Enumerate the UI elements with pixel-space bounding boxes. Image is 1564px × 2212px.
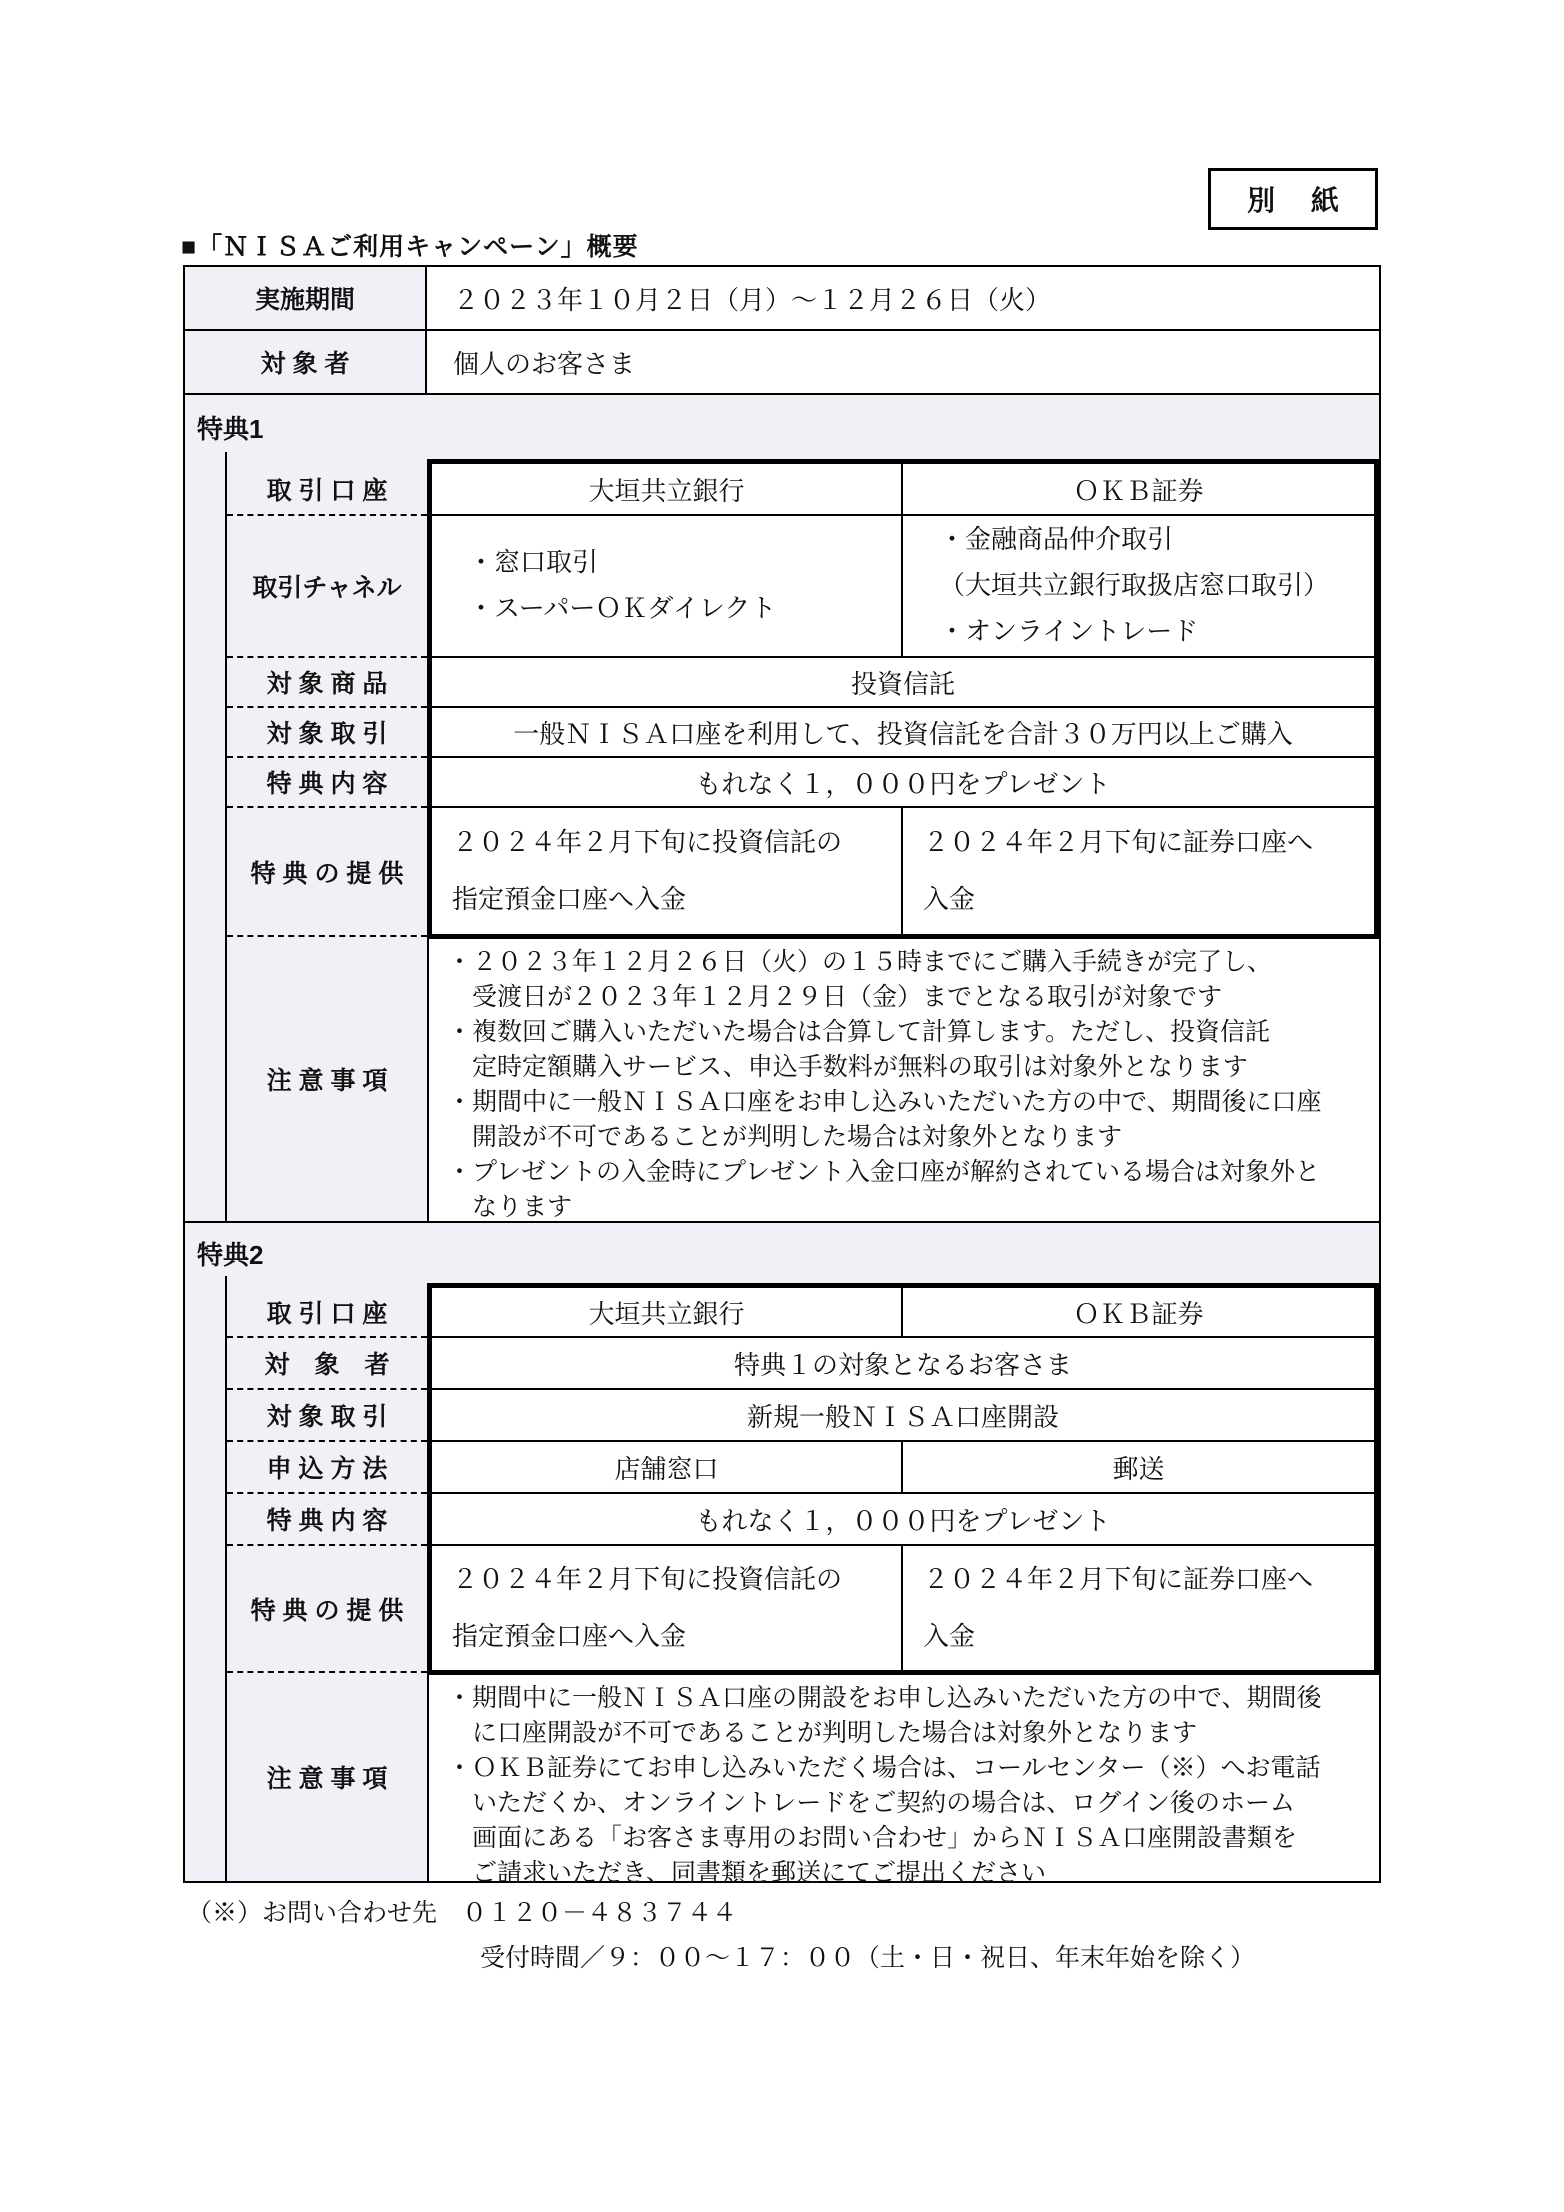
benefit2-method-mail: 郵送: [903, 1442, 1374, 1492]
row-period: 実施期間 ２０２３年１０月２日（月）～１２月２６日（火）: [185, 267, 1379, 331]
benefit1-content-label: 特 典 内 容: [227, 758, 427, 808]
benefit1-label-column: 取 引 口 座 取引チャネル 対 象 商 品 対 象 取 引 特 典 内 容 特…: [185, 459, 427, 1221]
benefit2-notes-cell: ・期間中に一般ＮＩＳＡ口座の開設をお申し込みいただいた方の中で、期間後 に口座開…: [427, 1675, 1379, 1881]
benefit1-inner-table: 大垣共立銀行 ＯＫＢ証券 ・窓口取引 ・スーパーＯＫダイレクト ・金融商品仲介取…: [427, 459, 1379, 939]
benefit2-target-row: 特典１の対象となるお客さま: [432, 1338, 1374, 1390]
benefit2-target-value: 特典１の対象となるお客さま: [432, 1338, 1374, 1388]
benefit2-account-bank: 大垣共立銀行: [432, 1288, 903, 1336]
period-label: 実施期間: [185, 267, 427, 329]
benefit1-channel-securities: ・金融商品仲介取引 （大垣共立銀行取扱店窓口取引） ・オンライントレード: [903, 516, 1374, 656]
benefit2-delivery-label: 特 典 の 提 供: [227, 1546, 427, 1673]
benefit2-note-item: ・ＯＫＢ証券にてお申し込みいただく場合は、コールセンター（※）へお電話 いただく…: [447, 1751, 1363, 1891]
doc-title: ■「ＮＩＳＡご利用キャンペーン」概要: [181, 227, 639, 263]
attachment-tag-box: 別 紙: [1208, 168, 1378, 230]
target-label: 対 象 者: [185, 331, 427, 393]
benefit1-heading: 特典1: [185, 395, 1379, 459]
benefit1-channel-label: 取引チャネル: [227, 516, 427, 658]
benefit1-product-row: 投資信託: [432, 658, 1374, 708]
footnote-contact: （※）お問い合わせ先 ０１２０－４８３７４４: [187, 1893, 737, 1929]
benefit2-content-label: 特 典 内 容: [227, 1494, 427, 1546]
footnote-hours: 受付時間／９：００～１７：００（土・日・祝日、年末年始を除く）: [480, 1938, 1255, 1974]
benefit2-method-branch: 店舗窓口: [432, 1442, 903, 1492]
benefit1-note-item: ・プレゼントの入金時にプレゼント入金口座が解約されている場合は対象外と なります: [447, 1155, 1363, 1225]
target-value: 個人のお客さま: [427, 331, 1379, 393]
benefit1-notes-cell: ・２０２３年１２月２６日（火）の１５時までにご購入手続きが完了し、 受渡日が２０…: [427, 939, 1379, 1221]
document-page: 別 紙 ■「ＮＩＳＡご利用キャンペーン」概要 実施期間 ２０２３年１０月２日（月…: [0, 0, 1564, 2212]
benefit1-account-securities: ＯＫＢ証券: [903, 464, 1374, 514]
benefit2-inner-table: 大垣共立銀行 ＯＫＢ証券 特典１の対象となるお客さま 新規一般ＮＩＳＡ口座開設 …: [427, 1283, 1379, 1675]
benefit1-note-item: ・複数回ご購入いただいた場合は合算して計算します。ただし、投資信託 定時定額購入…: [447, 1015, 1363, 1085]
benefit1-delivery-securities: ２０２４年２月下旬に証券口座へ 入金: [903, 808, 1374, 934]
attachment-tag-label: 別 紙: [1233, 179, 1353, 219]
benefit1-section: 特典1 取 引 口 座 取引チャネル 対 象 商 品 対 象 取 引 特 典 内…: [185, 395, 1379, 1223]
benefit1-delivery-label: 特 典 の 提 供: [227, 808, 427, 937]
benefit2-value-column: 大垣共立銀行 ＯＫＢ証券 特典１の対象となるお客さま 新規一般ＮＩＳＡ口座開設 …: [427, 1283, 1379, 1881]
benefit2-delivery-securities: ２０２４年２月下旬に証券口座へ 入金: [903, 1546, 1374, 1670]
benefit2-target-label: 対 象 者: [227, 1338, 427, 1390]
benefit2-delivery-bank: ２０２４年２月下旬に投資信託の 指定預金口座へ入金: [432, 1546, 903, 1670]
benefit2-method-label: 申 込 方 法: [227, 1442, 427, 1494]
benefit2-content-value: もれなく１，０００円をプレゼント: [432, 1494, 1374, 1544]
benefit1-account-label: 取 引 口 座: [227, 464, 427, 516]
benefit1-transaction-label: 対 象 取 引: [227, 708, 427, 758]
benefit1-product-value: 投資信託: [432, 658, 1374, 706]
benefit2-account-row: 大垣共立銀行 ＯＫＢ証券: [432, 1288, 1374, 1338]
benefit2-method-row: 店舗窓口 郵送: [432, 1442, 1374, 1494]
benefit2-transaction-row: 新規一般ＮＩＳＡ口座開設: [432, 1390, 1374, 1442]
campaign-table: 実施期間 ２０２３年１０月２日（月）～１２月２６日（火） 対 象 者 個人のお客…: [183, 265, 1381, 1883]
benefit1-account-bank: 大垣共立銀行: [432, 464, 903, 514]
benefit2-heading: 特典2: [185, 1223, 1379, 1283]
benefit1-transaction-value: 一般ＮＩＳＡ口座を利用して、投資信託を合計３０万円以上ご購入: [432, 708, 1374, 756]
benefit2-note-item: ・期間中に一般ＮＩＳＡ口座の開設をお申し込みいただいた方の中で、期間後 に口座開…: [447, 1681, 1363, 1751]
benefit2-account-label: 取 引 口 座: [227, 1288, 427, 1338]
row-target: 対 象 者 個人のお客さま: [185, 331, 1379, 395]
benefit2-delivery-row: ２０２４年２月下旬に投資信託の 指定預金口座へ入金 ２０２４年２月下旬に証券口座…: [432, 1546, 1374, 1670]
benefit1-content-value: もれなく１，０００円をプレゼント: [432, 758, 1374, 806]
period-value: ２０２３年１０月２日（月）～１２月２６日（火）: [427, 267, 1379, 329]
benefit1-note-item: ・２０２３年１２月２６日（火）の１５時までにご購入手続きが完了し、 受渡日が２０…: [447, 945, 1363, 1015]
benefit1-product-label: 対 象 商 品: [227, 658, 427, 708]
benefit2-notes-label: 注 意 事 項: [227, 1673, 427, 1881]
benefit1-delivery-row: ２０２４年２月下旬に投資信託の 指定預金口座へ入金 ２０２４年２月下旬に証券口座…: [432, 808, 1374, 934]
benefit1-transaction-row: 一般ＮＩＳＡ口座を利用して、投資信託を合計３０万円以上ご購入: [432, 708, 1374, 758]
benefit2-label-column: 取 引 口 座 対 象 者 対 象 取 引 申 込 方 法 特 典 内 容 特 …: [185, 1283, 427, 1881]
benefit2-section: 特典2 取 引 口 座 対 象 者 対 象 取 引 申 込 方 法 特 典 内 …: [185, 1223, 1379, 1881]
benefit2-account-securities: ＯＫＢ証券: [903, 1288, 1374, 1336]
benefit1-notes-label: 注 意 事 項: [227, 937, 427, 1221]
benefit1-account-row: 大垣共立銀行 ＯＫＢ証券: [432, 464, 1374, 516]
benefit1-note-item: ・期間中に一般ＮＩＳＡ口座をお申し込みいただいた方の中で、期間後に口座 開設が不…: [447, 1085, 1363, 1155]
benefit2-transaction-label: 対 象 取 引: [227, 1390, 427, 1442]
benefit1-value-column: 大垣共立銀行 ＯＫＢ証券 ・窓口取引 ・スーパーＯＫダイレクト ・金融商品仲介取…: [427, 459, 1379, 1221]
benefit2-content-row: もれなく１，０００円をプレゼント: [432, 1494, 1374, 1546]
benefit2-transaction-value: 新規一般ＮＩＳＡ口座開設: [432, 1390, 1374, 1440]
benefit1-content-row: もれなく１，０００円をプレゼント: [432, 758, 1374, 808]
benefit2-grid: 取 引 口 座 対 象 者 対 象 取 引 申 込 方 法 特 典 内 容 特 …: [185, 1283, 1379, 1881]
benefit1-channel-bank: ・窓口取引 ・スーパーＯＫダイレクト: [432, 516, 903, 656]
benefit1-grid: 取 引 口 座 取引チャネル 対 象 商 品 対 象 取 引 特 典 内 容 特…: [185, 459, 1379, 1221]
benefit1-channel-row: ・窓口取引 ・スーパーＯＫダイレクト ・金融商品仲介取引 （大垣共立銀行取扱店窓…: [432, 516, 1374, 658]
benefit1-delivery-bank: ２０２４年２月下旬に投資信託の 指定預金口座へ入金: [432, 808, 903, 934]
